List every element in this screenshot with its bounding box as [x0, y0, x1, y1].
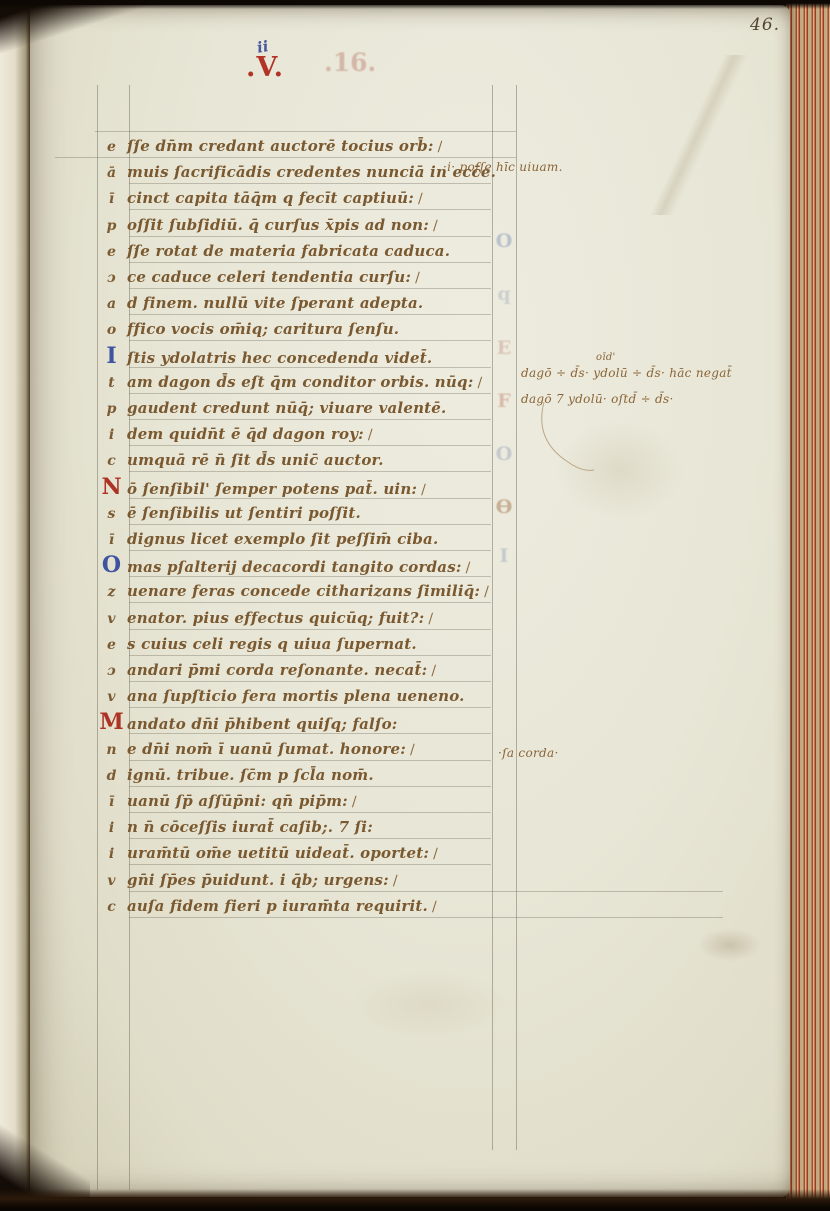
guide-letter: i [96, 820, 127, 836]
line-text: ignū. tribue. ſc̄m p ſcl̄a nom̄. [127, 766, 374, 784]
line-text: uenare feras concede citharizans ſimiliq… [127, 582, 480, 600]
manuscript-line: ne dn̄i nom̄ ī uanū ſumat. honore:∕ [96, 739, 415, 765]
binding-edge-bottom [0, 1189, 830, 1211]
manuscript-line: cauſa fidem fieri p iuram̄ta requirit.∕ [96, 896, 437, 922]
line-text: e dn̄i nom̄ ī uanū ſumat. honore: [127, 740, 406, 758]
guide-letter: t [96, 375, 127, 391]
line-text: ffico vocis om̄iq; caritura ſenſu. [127, 320, 399, 338]
guide-letter: d [96, 768, 127, 784]
line-text: cinct capita tāq̄m q fecīt captiuū: [127, 189, 414, 207]
correction-checkmark: ∕ [431, 663, 436, 679]
binding-edge-top [0, 0, 830, 9]
fore-edge-page-stack [786, 0, 830, 1211]
guide-letter: a [96, 296, 127, 312]
margin-note-posse: ·i· poſſe hīc uiuam. [443, 160, 563, 174]
correction-checkmark: ∕ [352, 794, 357, 810]
guide-letter: e [96, 637, 127, 653]
manuscript-line: offico vocis om̄iq; caritura ſenſu. [96, 319, 399, 345]
line-text: uanū ſp̄ aſſūp̄ni: qn̄ pip̄m: [127, 792, 348, 810]
line-text: umquā rē n̄ ſit d̄s unic̄ auctor. [127, 451, 384, 469]
manuscript-line: āmuis ſacrificādis credentes nunciā in e… [96, 162, 496, 188]
correction-checkmark: ∕ [421, 482, 426, 498]
faint-numeral-offset: .16. [324, 48, 376, 77]
colored-initial: N [96, 477, 127, 497]
manuscript-line: dignū. tribue. ſc̄m p ſcl̄a nom̄. [96, 765, 374, 791]
guide-letter: ī [96, 191, 127, 207]
line-text: ſſe dn̄m credant auctorē tocius orb̄: [127, 137, 434, 155]
line-text: n n̄ cōceſſis iurat̄ caſib;. 7 ſi: [127, 818, 373, 836]
manuscript-line: īuanū ſp̄ aſſūp̄ni: qn̄ pip̄m:∕ [96, 791, 357, 817]
manuscript-line: ɔandari p̄mi corda reſonante. necat̄:∕ [96, 660, 436, 686]
colored-initial: I [96, 346, 127, 366]
correction-checkmark: ∕ [393, 873, 398, 889]
manuscript-line: venator. pius effectus quicūq; fuit?:∕ [96, 608, 433, 634]
bleedthrough-letter: Ɵ [492, 496, 516, 518]
guide-letter: i [96, 846, 127, 862]
guide-letter: n [96, 742, 127, 758]
line-text: uram̄tū om̄e uetitū uideat̄. oportet: [127, 844, 429, 862]
manuscript-line: vgn̄i ſp̄es p̄uidunt. i q̄b; urgens:∕ [96, 870, 398, 896]
line-text: muis ſacrificādis credentes nunciā in ec… [127, 163, 496, 181]
line-text: d finem. nullū vite ſperant adepta. [127, 294, 423, 312]
colored-initial: M [96, 712, 127, 732]
manuscript-line: iuram̄tū om̄e uetitū uideat̄. oportet:∕ [96, 843, 438, 869]
correction-checkmark: ∕ [415, 270, 420, 286]
manuscript-line: idem quidn̄t ē q̄d dagon roy:∕ [96, 424, 373, 450]
guide-letter: ɔ [96, 270, 127, 286]
line-text: auſa fidem fieri p iuram̄ta requirit. [127, 897, 428, 915]
line-text: ſſe rotat de materia fabricata caduca. [127, 242, 450, 260]
guide-letter: ā [96, 165, 127, 181]
guide-letter: p [96, 401, 127, 417]
line-text: gaudent credunt nūq̄; viuare valentē. [127, 399, 446, 417]
guide-letter: e [96, 139, 127, 155]
guide-letter: o [96, 322, 127, 338]
ruling-line [95, 131, 516, 132]
correction-checkmark: ∕ [466, 560, 471, 576]
correction-checkmark: ∕ [433, 218, 438, 234]
bleedthrough-letter: F [492, 390, 516, 412]
manuscript-line: īdignus licet exemplo ſit peſſim̄ ciba. [96, 529, 438, 555]
correction-checkmark: ∕ [433, 846, 438, 862]
binding-corner-top-left [0, 0, 150, 70]
gutter-leaf-edge [0, 0, 30, 1211]
manuscript-line: ad finem. nullū vite ſperant adepta. [96, 293, 423, 319]
correction-checkmark: ∕ [410, 742, 415, 758]
margin-note-corda: ·ſa corda· [498, 746, 559, 760]
bleedthrough-letter: I [492, 545, 516, 567]
manuscript-line: pgaudent credunt nūq̄; viuare valentē. [96, 398, 446, 424]
margin-note-dagon-superscript: oīd' [596, 352, 616, 363]
line-text: enator. pius effectus quicūq; fuit?: [127, 609, 424, 627]
correction-checkmark: ∕ [418, 191, 423, 207]
line-text: andato dn̄i p̄hibent quiſq; falſo: [127, 715, 398, 733]
line-text: am dagon d̄s eſt q̄m conditor orbis. nūq… [127, 373, 473, 391]
guide-letter: ī [96, 532, 127, 548]
manuscript-line: Omas pſalterij decacordi tangito cordas:… [96, 555, 470, 581]
bleedthrough-letter: E [492, 337, 516, 359]
bleedthrough-letter: O [492, 443, 516, 465]
bleedthrough-letter: O [492, 230, 516, 252]
correction-checkmark: ∕ [477, 375, 482, 391]
guide-letter: i [96, 427, 127, 443]
line-text: dignus licet exemplo ſit peſſim̄ ciba. [127, 530, 438, 548]
ruling-line [516, 85, 517, 1150]
bleedthrough-letter: q [492, 283, 516, 305]
manuscript-line: tam dagon d̄s eſt q̄m conditor orbis. nū… [96, 372, 482, 398]
line-text: s cuius celi regis q uiua ſupernat. [127, 635, 417, 653]
guide-letter: v [96, 611, 127, 627]
line-text: dem quidn̄t ē q̄d dagon roy: [127, 425, 364, 443]
guide-letter: s [96, 506, 127, 522]
manuscript-line: in n̄ cōceſſis iurat̄ caſib;. 7 ſi: [96, 817, 373, 843]
manuscript-line: eſſe rotat de materia fabricata caduca. [96, 241, 450, 267]
guide-letter: v [96, 689, 127, 705]
guide-letter: ī [96, 794, 127, 810]
manuscript-line: Mandato dn̄i p̄hibent quiſq; falſo: [96, 712, 398, 738]
correction-checkmark: ∕ [368, 427, 373, 443]
line-text: andari p̄mi corda reſonante. necat̄: [127, 661, 427, 679]
correction-checkmark: ∕ [428, 611, 433, 627]
guide-letter: ɔ [96, 663, 127, 679]
guide-letter: c [96, 453, 127, 469]
colored-initial: O [96, 555, 127, 575]
manuscript-line: sē ſenſibilis ut ſentiri poſſit. [96, 503, 361, 529]
manuscript-line: es cuius celi regis q uiua ſupernat. [96, 634, 417, 660]
guide-letter: v [96, 873, 127, 889]
guide-letter: c [96, 899, 127, 915]
manuscript-line: ɔce caduce celeri tendentia curſu:∕ [96, 267, 420, 293]
guide-letter: p [96, 218, 127, 234]
pen-flourish [530, 400, 600, 490]
folio-number: 46. [750, 15, 780, 35]
manuscript-line: vana ſupſticio fera mortis plena ueneno. [96, 686, 465, 712]
margin-note-dagon-line1: dagō ÷ d̄s· ydolū ÷ d̄s· hāc negat̄ [521, 366, 732, 380]
manuscript-line: Nō ſenſibil' ſemper potens pat̄. uin:∕ [96, 477, 426, 503]
line-text: ana ſupſticio fera mortis plena ueneno. [127, 687, 465, 705]
line-text: ē ſenſibilis ut ſentiri poſſit. [127, 504, 361, 522]
line-text: ce caduce celeri tendentia curſu: [127, 268, 411, 286]
correction-checkmark: ∕ [484, 584, 489, 600]
manuscript-line: Iſtis ydolatris hec concedenda videt̄. [96, 346, 432, 372]
manuscript-photo: ii .V. .16. 46. eſſe dn̄m credant auctor… [0, 0, 830, 1211]
guide-letter: e [96, 244, 127, 260]
line-text: mas pſalterij decacordi tangito cordas: [127, 558, 462, 576]
correction-checkmark: ∕ [432, 899, 437, 915]
guide-letter: z [96, 584, 127, 600]
line-text: gn̄i ſp̄es p̄uidunt. i q̄b; urgens: [127, 871, 389, 889]
manuscript-line: poſſit ſubſidiū. q̄ curſus x̄pis ad non:… [96, 215, 438, 241]
correction-checkmark: ∕ [438, 139, 443, 155]
manuscript-line: cumquā rē n̄ ſit d̄s unic̄ auctor. [96, 450, 384, 476]
chapter-numeral: .V. [246, 52, 284, 83]
line-text: oſſit ſubſidiū. q̄ curſus x̄pis ad non: [127, 216, 429, 234]
manuscript-line: zuenare feras concede citharizans ſimili… [96, 581, 489, 607]
manuscript-line: eſſe dn̄m credant auctorē tocius orb̄:∕ [96, 136, 442, 162]
manuscript-line: īcinct capita tāq̄m q fecīt captiuū:∕ [96, 188, 423, 214]
line-text: ſtis ydolatris hec concedenda videt̄. [127, 349, 432, 367]
line-text: ō ſenſibil' ſemper potens pat̄. uin: [127, 480, 417, 498]
